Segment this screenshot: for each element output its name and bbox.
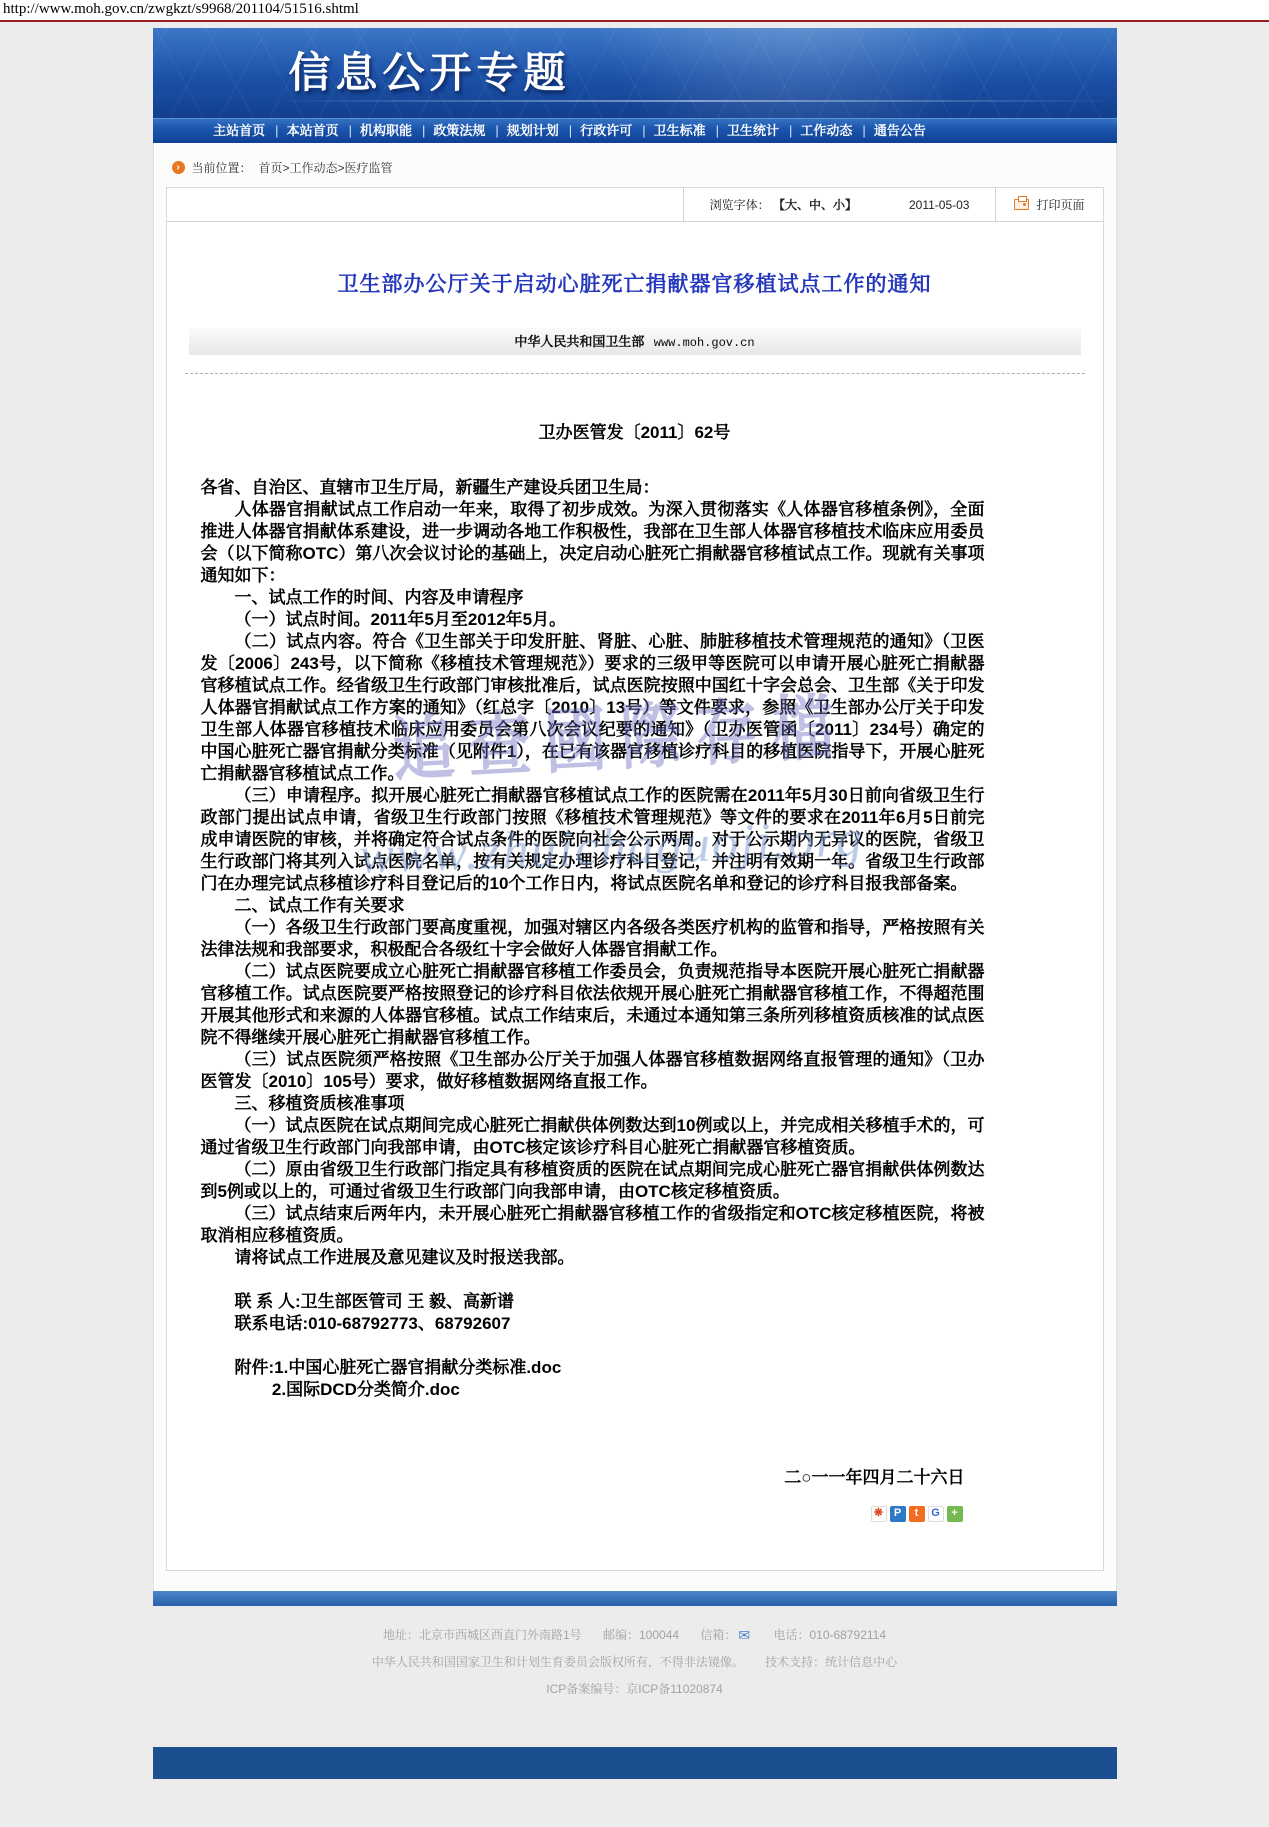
share-icons-row: ❋ P t G + xyxy=(167,1506,963,1522)
nav-item[interactable]: 工作动态 xyxy=(800,119,865,143)
footer: 地址：北京市西城区西直门外南路1号 邮编：100044 信箱：✉ 电话：010-… xyxy=(153,1606,1117,1703)
printer-icon xyxy=(1014,199,1029,210)
breadcrumb-label: 当前位置： xyxy=(192,159,252,176)
paragraph: 一、试点工作的时间、内容及申请程序 xyxy=(201,587,985,609)
article: 卫生部办公厅关于启动心脏死亡捐献器官移植试点工作的通知 中华人民共和国卫生部 w… xyxy=(167,222,1103,1570)
nav-item[interactable]: 卫生统计 xyxy=(727,119,792,143)
paragraph: （一）试点时间。2011年5月至2012年5月。 xyxy=(201,609,985,631)
attachment-block: 附件:1.中国心脏死亡器官捐献分类标准.doc 2.国际DCD分类简介.doc xyxy=(201,1357,985,1401)
paragraph: （三）试点医院须严格按照《卫生部办公厅关于加强人体器官移植数据网络直报管理的通知… xyxy=(201,1049,985,1093)
google-bookmark-icon[interactable]: G xyxy=(928,1506,944,1522)
contact-block: 联 系 人:卫生部医管司 王 毅、高新谱 联系电话:010-68792773、6… xyxy=(201,1291,985,1335)
document-body: 各省、自治区、直辖市卫生厅局，新疆生产建设兵团卫生局： 人体器官捐献试点工作启动… xyxy=(201,477,985,1401)
tencent-weibo-icon[interactable]: t xyxy=(909,1506,925,1522)
site-banner: 信息公开专题 xyxy=(153,28,1117,118)
dotted-divider xyxy=(185,373,1085,374)
paragraph: 人体器官捐献试点工作启动一年来，取得了初步成效。为深入贯彻落实《人体器官移植条例… xyxy=(201,499,985,587)
attachment-line: 附件:1.中国心脏死亡器官捐献分类标准.doc xyxy=(201,1357,985,1379)
footer-phone: 电话：010-68792114 xyxy=(773,1628,886,1642)
paragraph: （二）原由省级卫生行政部门指定具有移植资质的医院在试点期间完成心脏死亡器官捐献供… xyxy=(201,1159,985,1203)
nav-item[interactable]: 政策法规 xyxy=(433,119,498,143)
address-url-text: http://www.moh.gov.cn/zwgkzt/s9968/20110… xyxy=(0,0,1269,22)
pengyou-icon[interactable]: P xyxy=(890,1506,906,1522)
paragraph: 三、移植资质核准事项 xyxy=(201,1093,985,1115)
sina-weibo-icon[interactable]: ❋ xyxy=(871,1506,887,1522)
nav-item[interactable]: 卫生标准 xyxy=(654,119,719,143)
paragraph: （二）试点内容。符合《卫生部关于印发肝脏、肾脏、心脏、肺脏移植技术管理规范的通知… xyxy=(201,631,985,785)
nav-item[interactable]: 规划计划 xyxy=(507,119,572,143)
paragraph: 请将试点工作进展及意见建议及时报送我部。 xyxy=(201,1247,985,1269)
salutation: 各省、自治区、直辖市卫生厅局，新疆生产建设兵团卫生局： xyxy=(201,477,985,499)
footer-icp: ICP备案编号：京ICP备11020874 xyxy=(546,1682,723,1696)
source-url: www.moh.gov.cn xyxy=(654,336,755,350)
nav-item[interactable]: 通告公告 xyxy=(874,119,926,143)
article-container: 浏览字体： 【大、中、小】 2011-05-03 打印页面 卫生部办公厅关于启动… xyxy=(166,187,1104,1571)
paragraph: （三）试点结束后两年内，未开展心脏死亡捐献器官移植工作的省级指定和OTC核定移植… xyxy=(201,1203,985,1247)
nav-item[interactable]: 行政许可 xyxy=(580,119,645,143)
footer-mailbox-label: 信箱： xyxy=(700,1628,736,1642)
footer-address: 地址：北京市西城区西直门外南路1号 xyxy=(383,1628,582,1642)
footer-icp-line: ICP备案编号：京ICP备11020874 xyxy=(153,1676,1117,1703)
footer-postcode: 邮编：100044 xyxy=(603,1628,679,1642)
font-size-label: 浏览字体： xyxy=(710,198,770,212)
font-size-control: 浏览字体： 【大、中、小】 xyxy=(710,196,857,213)
footer-address-line: 地址：北京市西城区西直门外南路1号 邮编：100044 信箱：✉ 电话：010-… xyxy=(153,1622,1117,1649)
breadcrumb-arrow-icon: › xyxy=(172,161,185,174)
article-title: 卫生部办公厅关于启动心脏死亡捐献器官移植试点工作的通知 xyxy=(167,268,1103,298)
banner-title: 信息公开专题 xyxy=(289,40,571,100)
paragraph: （三）申请程序。拟开展心脏死亡捐献器官移植试点工作的医院需在2011年5月30日… xyxy=(201,785,985,895)
print-page-button[interactable]: 打印页面 xyxy=(995,188,1102,221)
footer-copyright-line: 中华人民共和国国家卫生和计划生育委员会版权所有，不得非法镜像。 技术支持：统计信… xyxy=(153,1649,1117,1676)
article-toolbar: 浏览字体： 【大、中、小】 2011-05-03 打印页面 xyxy=(167,188,1103,222)
mail-icon[interactable]: ✉ xyxy=(738,1627,750,1643)
source-name: 中华人民共和国卫生部 xyxy=(514,334,644,349)
main-panel: › 当前位置： 首页>工作动态>医疗监管 浏览字体： 【大、中、小】 2011-… xyxy=(153,143,1117,1591)
breadcrumb: › 当前位置： 首页>工作动态>医疗监管 xyxy=(166,152,1104,187)
page-wrapper: 信息公开专题 主站首页本站首页机构职能政策法规规划计划行政许可卫生标准卫生统计工… xyxy=(153,28,1117,1779)
paragraph: （一）各级卫生行政部门要高度重视，加强对辖区内各级各类医疗机构的监管和指导，严格… xyxy=(201,917,985,961)
main-nav: 主站首页本站首页机构职能政策法规规划计划行政许可卫生标准卫生统计工作动态通告公告 xyxy=(153,118,1117,143)
publish-date: 2011-05-03 xyxy=(909,198,970,212)
footer-support: 技术支持：统计信息中心 xyxy=(765,1655,897,1669)
footer-blue-strip xyxy=(153,1591,1117,1606)
nav-item[interactable]: 本站首页 xyxy=(287,119,352,143)
attachment-line: 2.国际DCD分类简介.doc xyxy=(201,1379,985,1401)
share-more-icon[interactable]: + xyxy=(947,1506,963,1522)
source-bar: 中华人民共和国卫生部 www.moh.gov.cn xyxy=(189,328,1081,355)
nav-item[interactable]: 机构职能 xyxy=(360,119,425,143)
document-number: 卫办医管发〔2011〕62号 xyxy=(167,418,1103,443)
paragraph-list: 人体器官捐献试点工作启动一年来，取得了初步成效。为深入贯彻落实《人体器官移植条例… xyxy=(201,499,985,1269)
font-size-switch[interactable]: 【大、中、小】 xyxy=(773,198,857,212)
contact-line: 联 系 人:卫生部医管司 王 毅、高新谱 xyxy=(201,1291,985,1313)
paragraph: 二、试点工作有关要求 xyxy=(201,895,985,917)
nav-item[interactable]: 主站首页 xyxy=(213,119,278,143)
contact-line: 联系电话:010-68792773、68792607 xyxy=(201,1313,985,1335)
footer-copyright: 中华人民共和国国家卫生和计划生育委员会版权所有，不得非法镜像。 xyxy=(372,1655,744,1669)
font-size-and-date: 浏览字体： 【大、中、小】 2011-05-03 xyxy=(683,188,996,221)
paragraph: （二）试点医院要成立心脏死亡捐献器官移植工作委员会，负责规范指导本医院开展心脏死… xyxy=(201,961,985,1049)
print-label: 打印页面 xyxy=(1036,196,1084,213)
bottom-blue-bar xyxy=(153,1747,1117,1779)
breadcrumb-path[interactable]: 首页>工作动态>医疗监管 xyxy=(259,159,393,176)
signature-date: 二○一一年四月二十六日 xyxy=(167,1463,965,1488)
paragraph: （一）试点医院在试点期间完成心脏死亡捐献供体例数达到10例或以上，并完成相关移植… xyxy=(201,1115,985,1159)
